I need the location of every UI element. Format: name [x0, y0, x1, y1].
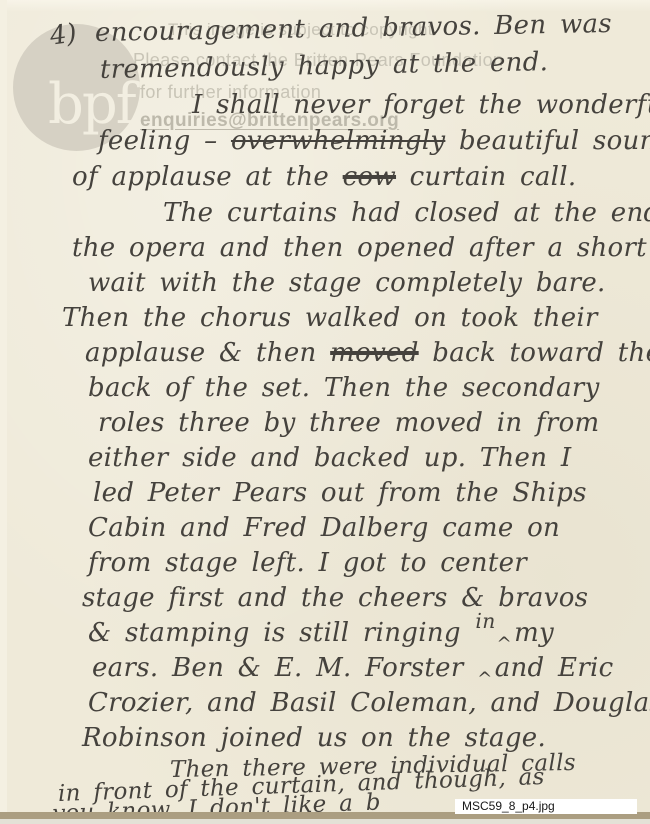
letter-segment: feeling –: [98, 126, 231, 156]
letter-line: Crozier, and Basil Coleman, and Douglas: [88, 688, 650, 718]
letter-segment: the opera and then opened after a short: [72, 233, 647, 263]
letter-body: encouragement and bravos. Ben wastremend…: [0, 0, 650, 824]
letter-segment: led Peter Pears out from the Ships: [93, 478, 587, 508]
letter-line: stage first and the cheers & bravos: [82, 583, 588, 613]
letter-segment: roles three by three moved in from: [98, 408, 599, 438]
letter-line: roles three by three moved in from: [98, 408, 599, 438]
letter-line: wait with the stage completely bare.: [88, 268, 606, 298]
letter-segment: ears. Ben & E. M. Forster: [92, 653, 477, 683]
letter-segment: of applause at the: [72, 162, 343, 192]
letter-segment: back toward the: [419, 338, 650, 368]
letter-segment: encouragement and bravos. Ben was: [95, 9, 612, 48]
letter-segment: back of the set. Then the secondary: [88, 373, 600, 403]
letter-segment: curtain call.: [396, 162, 576, 192]
letter-segment: stage first and the cheers & bravos: [82, 583, 588, 613]
letter-line: ears. Ben & E. M. Forster ^and Eric: [92, 653, 614, 683]
letter-line: feeling – overwhelmingly beautiful sound: [98, 126, 650, 156]
letter-line: the opera and then opened after a short: [72, 233, 647, 263]
letter-line: I shall never forget the wonderful: [192, 90, 650, 120]
letter-page-scan: bpf This image is subject to copyright. …: [0, 0, 650, 824]
letter-line: applause & then moved back toward the: [85, 338, 650, 368]
letter-line: back of the set. Then the secondary: [88, 373, 600, 403]
letter-line: Robinson joined us on the stage.: [82, 723, 546, 753]
letter-segment: Crozier, and Basil Coleman, and Douglas: [88, 688, 650, 718]
letter-segment: Then the chorus walked on took their: [62, 303, 598, 333]
letter-line: encouragement and bravos. Ben was: [95, 9, 612, 48]
letter-segment: I shall never forget the wonderful: [192, 90, 650, 120]
letter-line: led Peter Pears out from the Ships: [93, 478, 587, 508]
scanner-background-strip: [0, 819, 650, 824]
letter-segment-scribble: moved: [330, 338, 419, 368]
letter-line: from stage left. I got to center: [88, 548, 527, 578]
letter-segment-caret: ^: [497, 634, 513, 655]
letter-line: of applause at the cow curtain call.: [72, 162, 576, 192]
letter-segment: my: [514, 618, 554, 648]
letter-segment-ins: in: [475, 609, 495, 633]
letter-segment-scribble: cow: [343, 162, 396, 192]
letter-segment: and Eric: [495, 653, 614, 683]
letter-segment: Cabin and Fred Dalberg came on: [88, 513, 560, 543]
letter-segment: applause & then: [85, 338, 330, 368]
letter-segment: The curtains had closed at the end of: [163, 198, 650, 228]
letter-segment: & stamping is still ringing: [88, 618, 474, 648]
letter-segment: wait with the stage completely bare.: [88, 268, 606, 298]
letter-segment: tremendously happy at the end.: [100, 47, 549, 85]
letter-line: The curtains had closed at the end of: [163, 198, 650, 228]
letter-segment-caret: ^: [477, 669, 493, 690]
letter-line: Then the chorus walked on took their: [62, 303, 598, 333]
letter-segment: Robinson joined us on the stage.: [82, 723, 546, 753]
filename-label: MSC59_8_p4.jpg: [455, 799, 637, 814]
letter-line: Cabin and Fred Dalberg came on: [88, 513, 560, 543]
letter-line: either side and backed up. Then I: [88, 443, 571, 473]
letter-segment: from stage left. I got to center: [88, 548, 527, 578]
letter-line: & stamping is still ringing in^my: [88, 618, 554, 648]
letter-segment-struck: overwhelmingly: [231, 126, 445, 156]
letter-line: tremendously happy at the end.: [100, 47, 549, 85]
letter-segment: beautiful sound: [445, 126, 650, 156]
letter-segment: either side and backed up. Then I: [88, 443, 571, 473]
